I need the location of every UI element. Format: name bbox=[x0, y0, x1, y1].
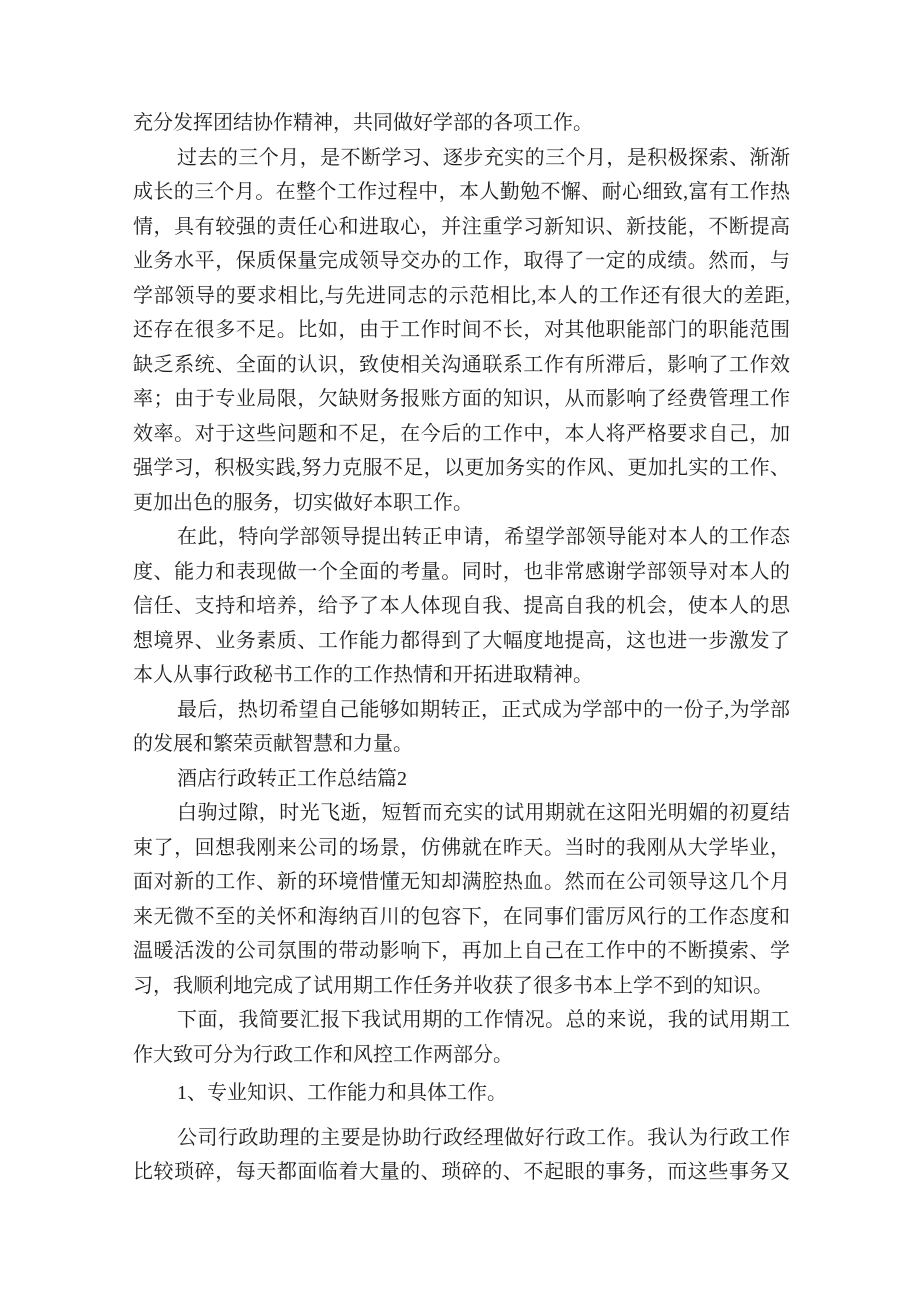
document-page: 充分发挥团结协作精神，共同做好学部的各项工作。 过去的三个月，是不断学习、逐步充… bbox=[0, 0, 920, 1301]
text-line: 还存在很多不足。比如，由于工作时间不长，对其他职能部门的职能范围 bbox=[133, 313, 790, 348]
text-line: 束了，回想我刚来公司的场景，仿佛就在昨天。当时的我刚从大学毕业， bbox=[133, 831, 790, 866]
text-line: 强学习，积极实践,努力克服不足，以更加务实的作风、更加扎实的工作、 bbox=[133, 451, 790, 486]
text-line: 想境界、业务素质、工作能力都得到了大幅度地提高，这也进一步激发了 bbox=[133, 624, 790, 659]
text-line: 充分发挥团结协作精神，共同做好学部的各项工作。 bbox=[133, 106, 790, 141]
text-line: 下面，我简要汇报下我试用期的工作情况。总的来说，我的试用期工 bbox=[133, 1003, 790, 1038]
paragraph: 1、专业知识、工作能力和具体工作。 bbox=[133, 1076, 790, 1111]
text-line: 信任、支持和培养，给予了本人体现自我、提高自我的机会，使本人的思 bbox=[133, 589, 790, 624]
text-line: 更加出色的服务，切实做好本职工作。 bbox=[133, 486, 790, 521]
text-line: 公司行政助理的主要是协助行政经理做好行政工作。我认为行政工作 bbox=[133, 1121, 790, 1156]
paragraph: 最后，热切希望自己能够如期转正，正式成为学部中的一份子,为学部 的发展和繁荣贡献… bbox=[133, 693, 790, 762]
paragraph: 酒店行政转正工作总结篇2 bbox=[133, 762, 790, 797]
paragraph: 充分发挥团结协作精神，共同做好学部的各项工作。 bbox=[133, 106, 790, 141]
text-line: 缺乏系统、全面的认识，致使相关沟通联系工作有所滞后，影响了工作效 bbox=[133, 348, 790, 383]
paragraph: 在此，特向学部领导提出转正申请，希望学部领导能对本人的工作态 度、能力和表现做一… bbox=[133, 520, 790, 693]
text-line: 的发展和繁荣贡献智慧和力量。 bbox=[133, 727, 790, 762]
text-line: 在此，特向学部领导提出转正申请，希望学部领导能对本人的工作态 bbox=[133, 520, 790, 555]
text-line: 成长的三个月。在整个工作过程中，本人勤勉不懈、耐心细致,富有工作热 bbox=[133, 175, 790, 210]
paragraph: 下面，我简要汇报下我试用期的工作情况。总的来说，我的试用期工 作大致可分为行政工… bbox=[133, 1003, 790, 1072]
text-line: 度、能力和表现做一个全面的考量。同时，也非常感谢学部领导对本人的 bbox=[133, 555, 790, 590]
text-line: 业务水平，保质保量完成领导交办的工作，取得了一定的成绩。然而，与 bbox=[133, 244, 790, 279]
text-line: 最后，热切希望自己能够如期转正，正式成为学部中的一份子,为学部 bbox=[133, 693, 790, 728]
text-line: 面对新的工作、新的环境惜懂无知却满腔热血。然而在公司领导这几个月 bbox=[133, 865, 790, 900]
text-line: 白驹过隙，时光飞逝，短暂而充实的试用期就在这阳光明媚的初夏结 bbox=[133, 796, 790, 831]
text-line: 本人从事行政秘书工作的工作热情和开拓进取精神。 bbox=[133, 658, 790, 693]
text-line: 过去的三个月，是不断学习、逐步充实的三个月，是积极探索、渐渐 bbox=[133, 141, 790, 176]
text-line: 比较琐碎，每天都面临着大量的、琐碎的、不起眼的事务，而这些事务又 bbox=[133, 1155, 790, 1190]
text-line: 温暖活泼的公司氛围的带动影响下，再加上自己在工作中的不断摸索、学 bbox=[133, 934, 790, 969]
text-line: 学部领导的要求相比,与先进同志的示范相比,本人的工作还有很大的差距, bbox=[133, 279, 790, 314]
paragraph: 公司行政助理的主要是协助行政经理做好行政工作。我认为行政工作 比较琐碎，每天都面… bbox=[133, 1121, 790, 1190]
paragraph: 过去的三个月，是不断学习、逐步充实的三个月，是积极探索、渐渐 成长的三个月。在整… bbox=[133, 141, 790, 521]
text-line: 效率。对于这些问题和不足，在今后的工作中，本人将严格要求自己，加 bbox=[133, 417, 790, 452]
text-line: 情，具有较强的责任心和进取心，并注重学习新知识、新技能，不断提高 bbox=[133, 210, 790, 245]
text-line: 作大致可分为行政工作和风控工作两部分。 bbox=[133, 1038, 790, 1073]
text-line: 习，我顺利地完成了试用期工作任务并收获了很多书本上学不到的知识。 bbox=[133, 969, 790, 1004]
paragraph: 白驹过隙，时光飞逝，短暂而充实的试用期就在这阳光明媚的初夏结 束了，回想我刚来公… bbox=[133, 796, 790, 1003]
text-line: 来无微不至的关怀和海纳百川的包容下，在同事们雷厉风行的工作态度和 bbox=[133, 900, 790, 935]
subtitle-line: 酒店行政转正工作总结篇2 bbox=[133, 762, 790, 797]
section-heading: 1、专业知识、工作能力和具体工作。 bbox=[133, 1076, 790, 1111]
text-line: 率；由于专业局限，欠缺财务报账方面的知识，从而影响了经费管理工作 bbox=[133, 382, 790, 417]
